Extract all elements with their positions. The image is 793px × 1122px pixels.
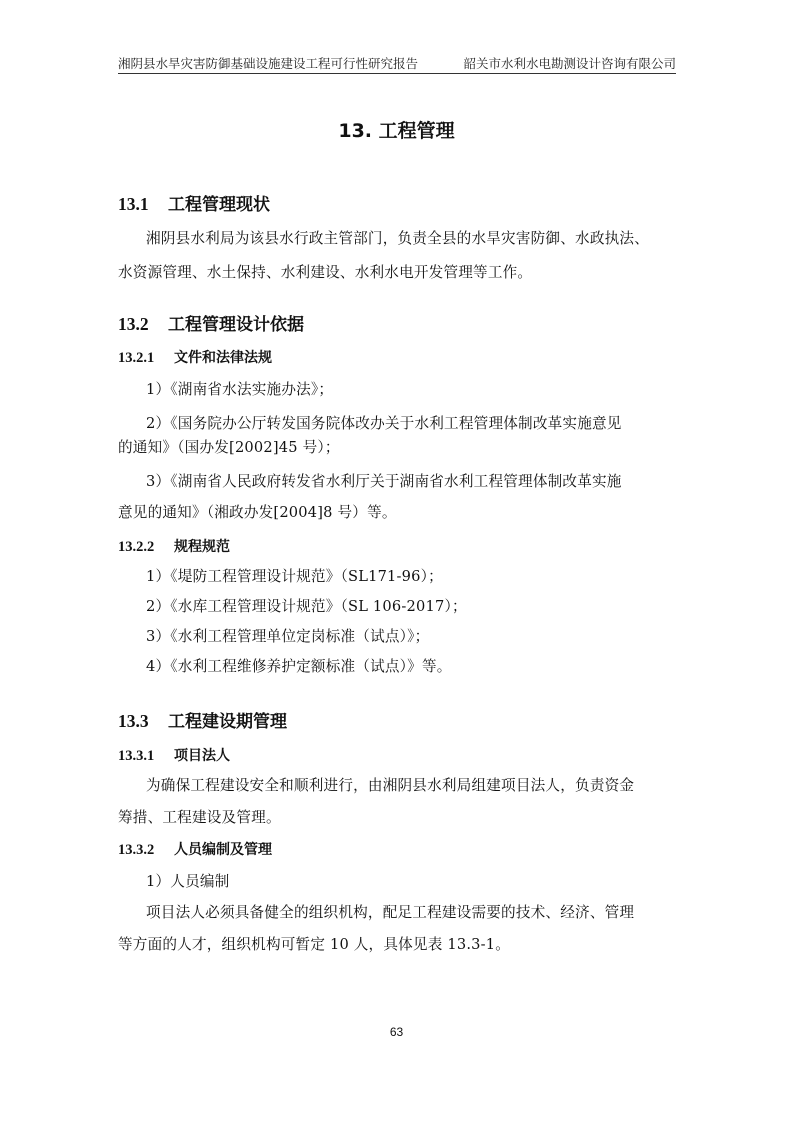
list-item-continuation: 意见的通知》（湘政办发[2004]8 号）等。 bbox=[118, 503, 678, 523]
running-header: 湘阴县水旱灾害防御基础设施建设工程可行性研究报告 韶关市水利水电勘测设计咨询有限… bbox=[118, 55, 676, 74]
list-item: 3）《水利工程管理单位定岗标准（试点）》； bbox=[146, 627, 706, 647]
paragraph-line: 水资源管理、水土保持、水利建设、水利水电开发管理等工作。 bbox=[118, 263, 678, 283]
list-item-continuation: 的通知》（国办发[2002]45 号）； bbox=[118, 438, 678, 458]
list-item: 1）《堤防工程管理设计规范》（SL171-96）； bbox=[146, 567, 706, 587]
section-heading-13-2: 13.2工程管理设计依据 bbox=[118, 312, 304, 337]
paragraph-line: 项目法人必须具备健全的组织机构，配足工程建设需要的技术、经济、管理 bbox=[146, 903, 706, 923]
header-report-title: 湘阴县水旱灾害防御基础设施建设工程可行性研究报告 bbox=[118, 55, 418, 73]
subsection-heading-13-2-2: 13.2.2规程规范 bbox=[118, 537, 230, 557]
paragraph-line: 为确保工程建设安全和顺利进行，由湘阴县水利局组建项目法人，负责资金 bbox=[146, 776, 706, 796]
section-number: 13.1 bbox=[118, 192, 168, 216]
chapter-number: 13. bbox=[338, 120, 372, 142]
header-company-name: 韶关市水利水电勘测设计咨询有限公司 bbox=[463, 55, 676, 73]
page-number: 63 bbox=[0, 1025, 793, 1039]
chapter-title-text: 工程管理 bbox=[379, 120, 455, 142]
subsection-title: 规程规范 bbox=[174, 539, 230, 555]
section-number: 13.2 bbox=[118, 312, 168, 336]
subsection-title: 项目法人 bbox=[174, 748, 230, 764]
subsection-number: 13.3.2 bbox=[118, 840, 174, 860]
document-page: 湘阴县水旱灾害防御基础设施建设工程可行性研究报告 韶关市水利水电勘测设计咨询有限… bbox=[0, 0, 793, 1122]
section-title: 工程管理设计依据 bbox=[168, 315, 304, 335]
list-item: 1）《湖南省水法实施办法》； bbox=[146, 380, 706, 400]
paragraph-line: 湘阴县水利局为该县水行政主管部门，负责全县的水旱灾害防御、水政执法、 bbox=[146, 229, 706, 249]
subsection-title: 人员编制及管理 bbox=[174, 842, 272, 858]
chapter-title: 13. 工程管理 bbox=[0, 118, 793, 144]
paragraph-line: 等方面的人才，组织机构可暂定 10 人，具体见表 13.3-1。 bbox=[118, 935, 678, 955]
section-heading-13-1: 13.1工程管理现状 bbox=[118, 192, 270, 217]
list-item: 1）人员编制 bbox=[146, 872, 706, 892]
subsection-heading-13-3-1: 13.3.1项目法人 bbox=[118, 746, 230, 766]
section-title: 工程管理现状 bbox=[168, 195, 270, 215]
list-item: 2）《国务院办公厅转发国务院体改办关于水利工程管理体制改革实施意见 bbox=[146, 414, 706, 434]
subsection-number: 13.3.1 bbox=[118, 746, 174, 766]
subsection-heading-13-3-2: 13.3.2人员编制及管理 bbox=[118, 840, 272, 860]
list-item: 2）《水库工程管理设计规范》（SL 106-2017）； bbox=[146, 597, 706, 617]
section-heading-13-3: 13.3工程建设期管理 bbox=[118, 709, 287, 734]
section-number: 13.3 bbox=[118, 709, 168, 733]
subsection-number: 13.2.2 bbox=[118, 537, 174, 557]
list-item: 3）《湖南省人民政府转发省水利厅关于湖南省水利工程管理体制改革实施 bbox=[146, 472, 706, 492]
subsection-title: 文件和法律法规 bbox=[174, 350, 272, 366]
subsection-heading-13-2-1: 13.2.1文件和法律法规 bbox=[118, 348, 272, 368]
paragraph-line: 筹措、工程建设及管理。 bbox=[118, 808, 678, 828]
section-title: 工程建设期管理 bbox=[168, 712, 287, 732]
list-item: 4）《水利工程维修养护定额标准（试点）》等。 bbox=[146, 657, 706, 677]
subsection-number: 13.2.1 bbox=[118, 348, 174, 368]
